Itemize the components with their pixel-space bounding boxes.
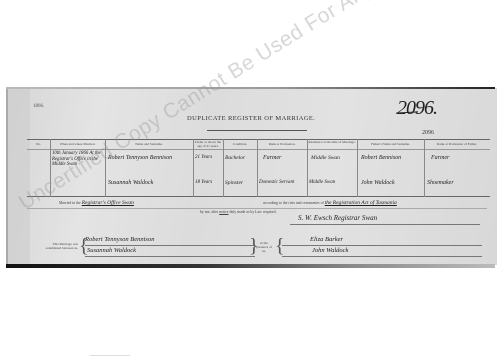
married-prefix: Married in the	[59, 201, 81, 205]
corner-mark: 1866.	[33, 104, 44, 109]
presence-label: in the presence of us,	[254, 241, 274, 253]
cell-groom-name: Robert Tennyson Bennison	[108, 155, 172, 161]
cell-groom-residence: Middle Swan	[311, 155, 340, 161]
according-to-line: according to the rites and ceremonies of…	[263, 200, 397, 206]
cell-groom-condition: Bachelor	[225, 155, 245, 161]
column-divider	[223, 139, 224, 197]
table-bottom-rule	[27, 196, 490, 197]
registrar-signature-rule	[290, 224, 480, 225]
presence-right-brace: {	[275, 236, 285, 256]
cell-bride-rank: Domestic Servant	[259, 180, 294, 185]
bride-signature: Susannah Waldock	[87, 247, 136, 254]
column-divider	[424, 139, 425, 197]
married-in-line: Married in the Registrar's Office Swan	[59, 200, 134, 206]
column-divider	[307, 139, 308, 197]
cell-bride-residence: Middle Swan	[309, 180, 335, 185]
header-age: Under or above the age of 21 years.	[193, 140, 223, 148]
header-residence: Residence at the time of Marriage.	[307, 140, 357, 144]
column-divider	[257, 139, 258, 197]
footer-mark	[90, 355, 130, 356]
signature-rule	[85, 256, 255, 257]
signature-rule	[282, 245, 482, 246]
column-divider	[105, 139, 106, 197]
divider-rule	[27, 208, 487, 209]
sheet-bottom-edge	[6, 264, 495, 268]
cell-groom-rank: Farmer	[263, 155, 281, 161]
signature-rule	[282, 256, 482, 257]
header-father-rank: Rank or Profession of Father.	[424, 142, 490, 146]
header-condition: Condition.	[223, 142, 257, 146]
cell-groom-father-rank: Farmer	[431, 155, 449, 161]
according-value: the Registration Act of Tasmania	[325, 200, 397, 206]
by-suffix: duly made as by Law required.	[229, 210, 276, 214]
entry-number-printed: 2096	[422, 130, 434, 136]
column-divider	[357, 139, 358, 197]
cell-bride-father-name: John Waldock	[361, 180, 395, 186]
sheet-top-edge	[6, 87, 495, 89]
witness-signature-2: John Waldock	[312, 247, 348, 254]
document-title: DUPLICATE REGISTER OF MARRIAGE.	[187, 115, 315, 122]
table-top-rule	[27, 139, 490, 140]
title-underline	[207, 130, 307, 131]
solemnized-label: This Marriage was solemnized between us,	[38, 242, 78, 250]
by-prefix: by me, after	[200, 210, 218, 214]
header-rule	[27, 149, 490, 150]
header-name: Name and Surname.	[105, 142, 193, 146]
marriage-register-table: No. When and where Married. Name and Sur…	[27, 139, 490, 197]
column-divider	[50, 139, 51, 197]
registrar-signature: S. W. Ewsch Registrar Swan	[298, 214, 377, 222]
cell-bride-condition: Spinster	[225, 180, 243, 186]
married-place: Registrar's Office Swan	[82, 200, 134, 206]
cell-bride-name: Susannah Waldock	[108, 180, 153, 186]
by-me-line: by me, after notice duly made as by Law …	[200, 210, 276, 214]
by-value: notice	[219, 210, 228, 214]
header-rank: Rank or Profession.	[257, 142, 307, 146]
according-prefix: according to the rites and ceremonies of	[263, 201, 324, 205]
header-father-name: Father's Name and Surname.	[357, 142, 424, 146]
cell-when-where: 10th January 1866 At the Registrar's Off…	[52, 151, 104, 168]
header-when-where: When and where Married.	[50, 142, 105, 146]
signature-rule	[85, 245, 255, 246]
cell-bride-father-rank: Shoemaker	[427, 180, 454, 186]
cell-groom-father-name: Robert Bennison	[361, 155, 401, 161]
header-no: No.	[27, 142, 50, 146]
groom-signature: Robert Tennyson Bennison	[85, 236, 154, 243]
entry-number-handwritten: 2096.	[397, 97, 437, 120]
witness-signature-1: Eliza Barker	[310, 236, 343, 243]
cell-groom-age: 21 Years	[195, 155, 212, 160]
cell-bride-age: 18 Years	[195, 180, 212, 185]
